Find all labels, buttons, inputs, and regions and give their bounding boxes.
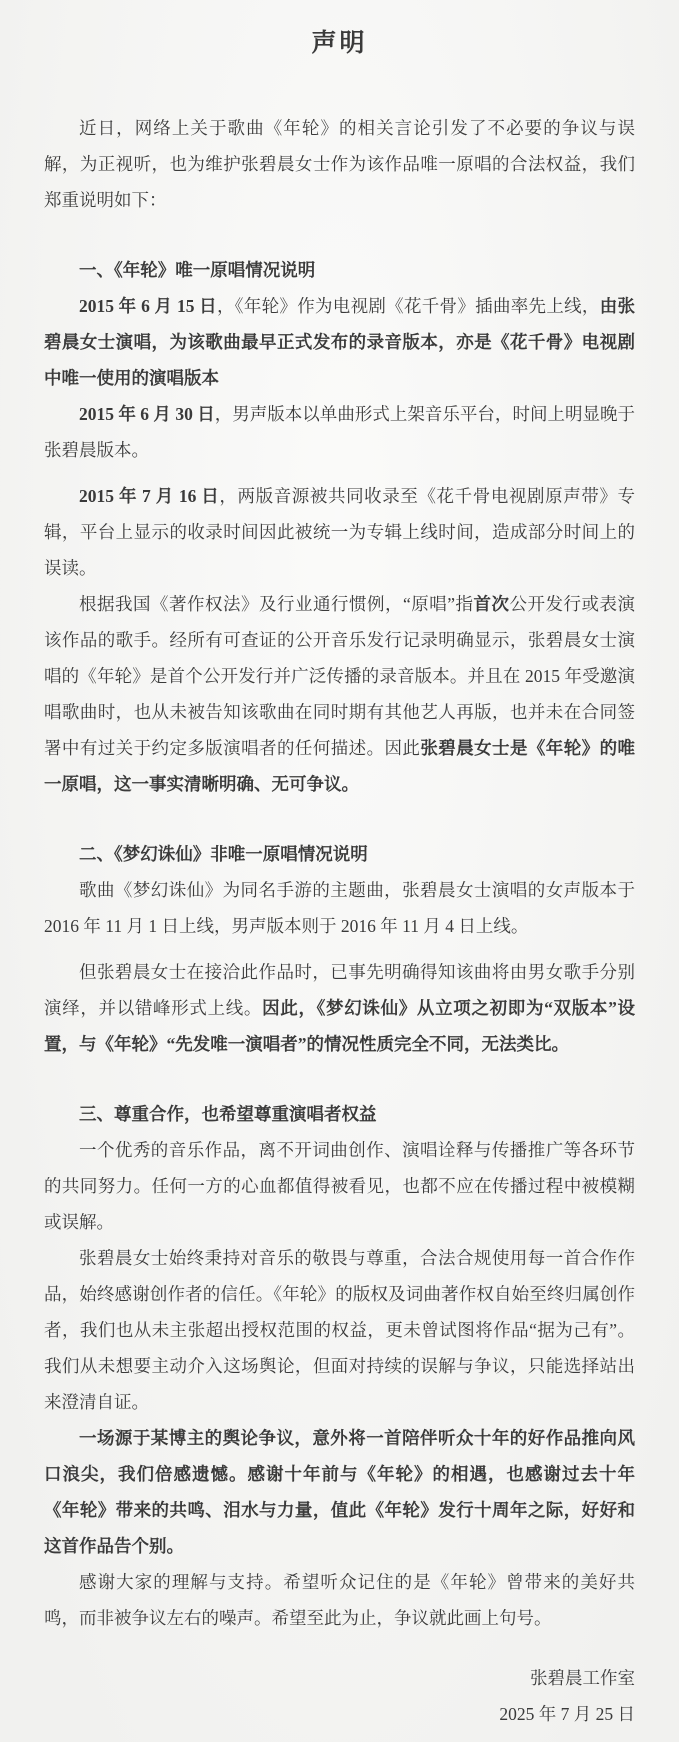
- bold-text-run: 二、《梦幻诛仙》非唯一原唱情况说明: [79, 844, 368, 864]
- bold-text-run: 2015 年 6 月 30 日: [79, 404, 215, 424]
- paragraph: 歌曲《梦幻诛仙》为同名手游的主题曲，张碧晨女士演唱的女声版本于 2016 年 1…: [44, 872, 635, 944]
- paragraph: 2015 年 6 月 15 日，《年轮》作为电视剧《花千骨》插曲率先上线，由张碧…: [44, 288, 635, 396]
- signature: 张碧晨工作室: [44, 1660, 635, 1696]
- bold-text-run: 一场源于某博主的舆论争议，意外将一首陪伴听众十年的好作品推向风口浪尖，我们倍感遗…: [44, 1428, 635, 1556]
- paragraph: 2015 年 6 月 30 日，男声版本以单曲形式上架音乐平台，时间上明显晚于张…: [44, 396, 635, 468]
- bold-text-run: 2015 年 7 月 16 日: [79, 486, 219, 506]
- bold-text-run: 首次: [474, 594, 510, 614]
- section-heading: 三、尊重合作，也希望尊重演唱者权益: [44, 1096, 635, 1132]
- paragraph: 一个优秀的音乐作品，离不开词曲创作、演唱诠释与传播推广等各环节的共同努力。任何一…: [44, 1132, 635, 1240]
- text-run: 歌曲《梦幻诛仙》为同名手游的主题曲，张碧晨女士演唱的女声版本于 2016 年 1…: [44, 880, 635, 936]
- signature-block: 张碧晨工作室 2025 年 7 月 25 日: [44, 1660, 635, 1732]
- bold-text-run: 一、《年轮》唯一原唱情况说明: [79, 260, 315, 280]
- paragraph: 但张碧晨女士在接洽此作品时，已事先明确得知该曲将由男女歌手分别演绎，并以错峰形式…: [44, 954, 635, 1062]
- text-run: 公开发行或表演该作品的歌手。经所有可查证的公开音乐发行记录明确显示，张碧晨女士演…: [44, 594, 635, 758]
- document-page: 声明 近日，网络上关于歌曲《年轮》的相关言论引发了不必要的争议与误解，为正视听，…: [0, 0, 679, 1742]
- paragraph: 感谢大家的理解与支持。希望听众记住的是《年轮》曾带来的美好共鸣，而非被争议左右的…: [44, 1564, 635, 1636]
- paragraph: 2015 年 7 月 16 日，两版音源被共同收录至《花千骨电视剧原声带》专辑，…: [44, 478, 635, 586]
- section-heading: 一、《年轮》唯一原唱情况说明: [44, 252, 635, 288]
- text-run: 近日，网络上关于歌曲《年轮》的相关言论引发了不必要的争议与误解，为正视听，也为维…: [44, 118, 635, 210]
- text-run: 张碧晨女士始终秉持对音乐的敬畏与尊重，合法合规使用每一首合作作品，始终感谢创作者…: [44, 1248, 635, 1412]
- text-run: 感谢大家的理解与支持。希望听众记住的是《年轮》曾带来的美好共鸣，而非被争议左右的…: [44, 1572, 635, 1628]
- paragraph: 根据我国《著作权法》及行业通行惯例，“原唱”指首次公开发行或表演该作品的歌手。经…: [44, 586, 635, 802]
- text-run: ，《年轮》作为电视剧《花千骨》插曲率先上线，: [217, 296, 600, 316]
- section-heading: 二、《梦幻诛仙》非唯一原唱情况说明: [44, 836, 635, 872]
- paragraph: 张碧晨女士始终秉持对音乐的敬畏与尊重，合法合规使用每一首合作作品，始终感谢创作者…: [44, 1240, 635, 1420]
- text-run: 根据我国《著作权法》及行业通行惯例，“原唱”指: [79, 594, 474, 614]
- paragraph: 近日，网络上关于歌曲《年轮》的相关言论引发了不必要的争议与误解，为正视听，也为维…: [44, 110, 635, 218]
- paragraph: 一场源于某博主的舆论争议，意外将一首陪伴听众十年的好作品推向风口浪尖，我们倍感遗…: [44, 1420, 635, 1564]
- bold-text-run: 三、尊重合作，也希望尊重演唱者权益: [79, 1104, 377, 1124]
- document-blocks: 近日，网络上关于歌曲《年轮》的相关言论引发了不必要的争议与误解，为正视听，也为维…: [44, 110, 635, 1636]
- bold-text-run: 2015 年 6 月 15 日: [79, 296, 217, 316]
- signature-date: 2025 年 7 月 25 日: [44, 1696, 635, 1732]
- document-title: 声明: [44, 26, 635, 62]
- text-run: 一个优秀的音乐作品，离不开词曲创作、演唱诠释与传播推广等各环节的共同努力。任何一…: [44, 1140, 635, 1232]
